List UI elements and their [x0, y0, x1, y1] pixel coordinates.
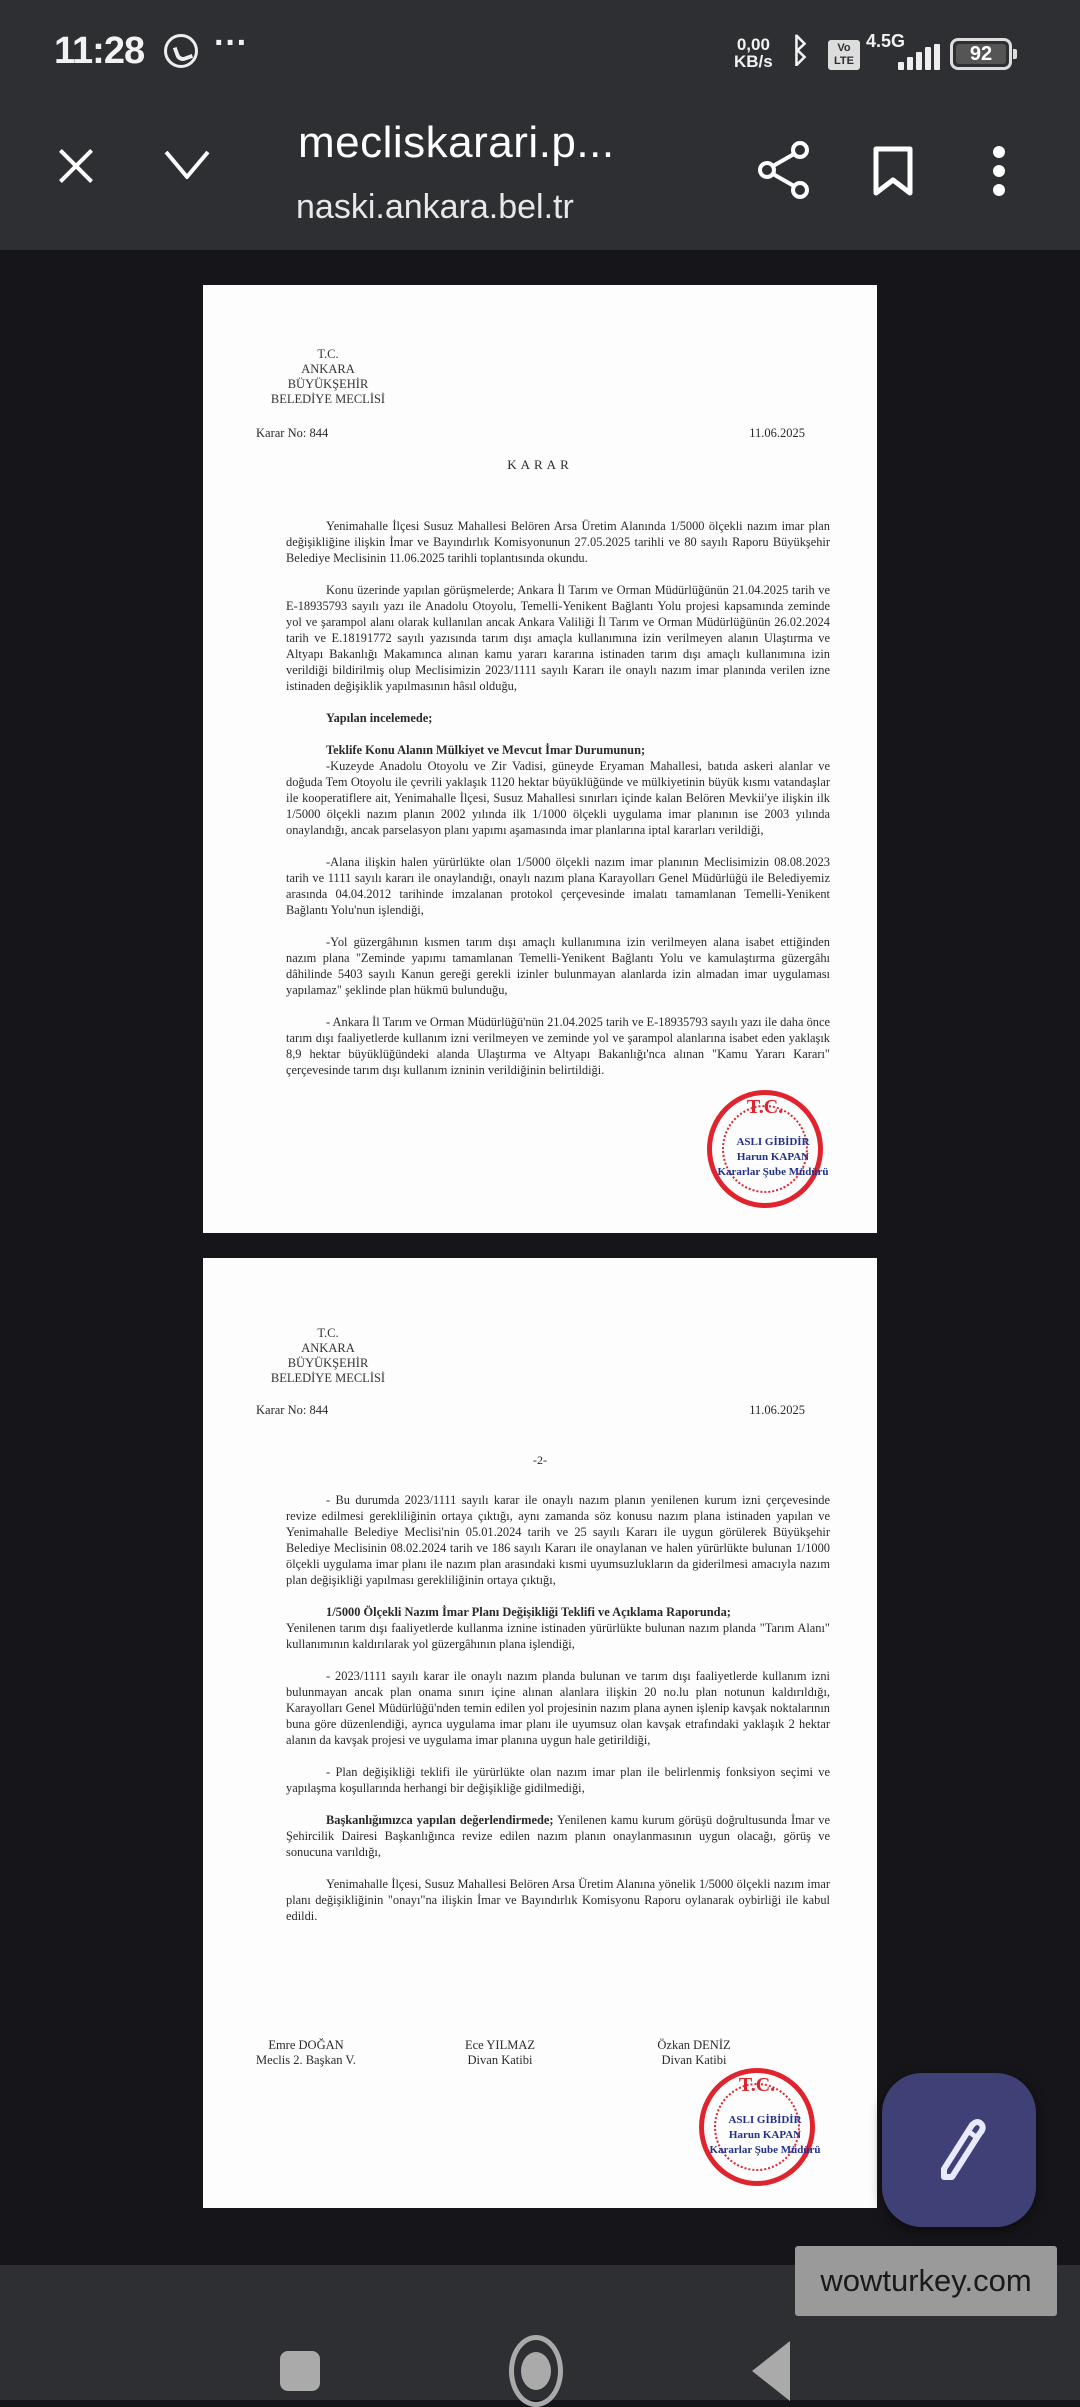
stamp-line: Kararlar Şube Müdürü: [698, 1165, 848, 1180]
bluetooth-icon: ᛒ: [790, 32, 810, 71]
paragraph: -Kuzeyde Anadolu Otoyolu ve Zir Vadisi, …: [286, 758, 830, 838]
paragraph: - Bu durumda 2023/1111 sayılı karar ile …: [286, 1492, 830, 1588]
stamp-line: ASLI GİBİDİR: [690, 2113, 840, 2128]
signatory-role: Divan Katibi: [425, 2053, 575, 2068]
official-stamp: T.C. ASLI GİBİDİR Harun KAPAN Kararlar Ş…: [707, 1090, 823, 1208]
letterhead-line: BELEDİYE MECLİSİ: [263, 1371, 393, 1386]
decision-date: 11.06.2025: [749, 1402, 805, 1418]
stamp-line: ASLI GİBİDİR: [698, 1135, 848, 1150]
section-heading: 1/5000 Ölçekli Nazım İmar Planı Değişikl…: [286, 1604, 830, 1620]
letterhead-line: ANKARA BÜYÜKŞEHİR: [263, 1341, 393, 1371]
decision-number: Karar No: 844: [256, 425, 328, 441]
network-speed-value: 0,00: [734, 36, 773, 53]
app-bar: mecliskarari.p... naski.ankara.bel.tr: [0, 100, 1080, 250]
stamp-line: Kararlar Şube Müdürü: [690, 2143, 840, 2158]
more-notifications-icon: ···: [214, 24, 248, 63]
signatory-name: Emre DOĞAN: [231, 2038, 381, 2053]
battery-level: 92: [956, 44, 1006, 64]
stamp-emblem: T.C.: [712, 1099, 818, 1115]
stamp-certification: ASLI GİBİDİR Harun KAPAN Kararlar Şube M…: [698, 1135, 848, 1180]
stamp-line: Harun KAPAN: [698, 1150, 848, 1165]
signatory: Ece YILMAZ Divan Katibi: [425, 2038, 575, 2068]
edit-button[interactable]: [882, 2073, 1036, 2227]
letterhead-line: T.C.: [263, 1326, 393, 1341]
decision-number: Karar No: 844: [256, 1402, 328, 1418]
page-number: -2-: [203, 1452, 877, 1468]
chevron-down-icon[interactable]: [162, 148, 212, 178]
stamp-certification: ASLI GİBİDİR Harun KAPAN Kararlar Şube M…: [690, 2113, 840, 2158]
pdf-viewer[interactable]: T.C. ANKARA BÜYÜKŞEHİR BELEDİYE MECLİSİ …: [0, 250, 1080, 2265]
paragraph: -Yol güzergâhının kısmen tarım dışı amaç…: [286, 934, 830, 998]
stamp-emblem: T.C.: [704, 2077, 810, 2093]
signatory-role: Divan Katibi: [619, 2053, 769, 2068]
more-options-icon[interactable]: [993, 146, 1005, 196]
document-title: mecliskarari.p...: [298, 118, 615, 168]
letterhead-line: T.C.: [263, 347, 393, 362]
signatory: Özkan DENİZ Divan Katibi: [619, 2038, 769, 2068]
signatory-role: Meclis 2. Başkan V.: [231, 2053, 381, 2068]
paragraph: Başkanlığımızca yapılan değerlendirmede;…: [286, 1812, 830, 1860]
paragraph: - Plan değişikliği teklifi ile yürürlükt…: [286, 1764, 830, 1796]
paragraph: Yenilenen tarım dışı faaliyetlerde kulla…: [286, 1620, 830, 1652]
section-heading: Teklife Konu Alanın Mülkiyet ve Mevcut İ…: [286, 742, 830, 758]
whatsapp-icon: [164, 34, 198, 68]
paragraph: Yenimahalle İlçesi, Susuz Mahallesi Belö…: [286, 1876, 830, 1924]
bold-lead: Başkanlığımızca yapılan değerlendirmede;: [326, 1813, 554, 1827]
paragraph: - Ankara İl Tarım ve Orman Müdürlüğü'nün…: [286, 1014, 830, 1078]
document-url: naski.ankara.bel.tr: [296, 188, 574, 227]
stamp-line: Harun KAPAN: [690, 2128, 840, 2143]
watermark: wowturkey.com: [795, 2246, 1057, 2316]
battery-icon: 92: [950, 38, 1012, 70]
pencil-icon: [882, 2073, 1036, 2227]
recents-button[interactable]: [280, 2351, 320, 2391]
signatory: Emre DOĞAN Meclis 2. Başkan V.: [231, 2038, 381, 2068]
document-page-1: T.C. ANKARA BÜYÜKŞEHİR BELEDİYE MECLİSİ …: [203, 285, 877, 1233]
share-icon[interactable]: [756, 140, 812, 200]
section-heading: Yapılan incelemede;: [286, 710, 830, 726]
document-body: - Bu durumda 2023/1111 sayılı karar ile …: [286, 1492, 830, 1940]
paragraph: Yenimahalle İlçesi Susuz Mahallesi Belör…: [286, 518, 830, 566]
volte-top: Vo: [828, 42, 860, 55]
decision-title: KARAR: [203, 457, 877, 473]
volte-bottom: LTE: [828, 55, 860, 68]
letterhead-line: BELEDİYE MECLİSİ: [263, 392, 393, 407]
document-body: Yenimahalle İlçesi Susuz Mahallesi Belör…: [286, 518, 830, 1094]
network-speed: 0,00 KB/s: [734, 36, 773, 70]
letterhead: T.C. ANKARA BÜYÜKŞEHİR BELEDİYE MECLİSİ: [263, 1326, 393, 1386]
signatory-name: Ece YILMAZ: [425, 2038, 575, 2053]
official-stamp: T.C. ASLI GİBİDİR Harun KAPAN Kararlar Ş…: [699, 2068, 815, 2186]
network-speed-unit: KB/s: [734, 53, 773, 70]
home-button[interactable]: [509, 2335, 563, 2400]
bookmark-icon[interactable]: [872, 146, 914, 196]
status-bar: 11:28 ··· 0,00 KB/s ᛒ Vo LTE 4.5G 92: [0, 0, 1080, 100]
back-button[interactable]: [752, 2341, 790, 2400]
decision-date: 11.06.2025: [749, 425, 805, 441]
paragraph: -Alana ilişkin halen yürürlükte olan 1/5…: [286, 854, 830, 918]
signal-strength-icon: [890, 44, 938, 70]
document-page-2: T.C. ANKARA BÜYÜKŞEHİR BELEDİYE MECLİSİ …: [203, 1258, 877, 2208]
volte-icon: Vo LTE: [828, 40, 860, 70]
clock: 11:28: [54, 30, 144, 73]
close-icon[interactable]: [54, 144, 98, 188]
paragraph: - 2023/1111 sayılı karar ile onaylı nazı…: [286, 1668, 830, 1748]
letterhead: T.C. ANKARA BÜYÜKŞEHİR BELEDİYE MECLİSİ: [263, 347, 393, 407]
paragraph: Konu üzerinde yapılan görüşmelerde; Anka…: [286, 582, 830, 694]
letterhead-line: ANKARA BÜYÜKŞEHİR: [263, 362, 393, 392]
signatory-name: Özkan DENİZ: [619, 2038, 769, 2053]
